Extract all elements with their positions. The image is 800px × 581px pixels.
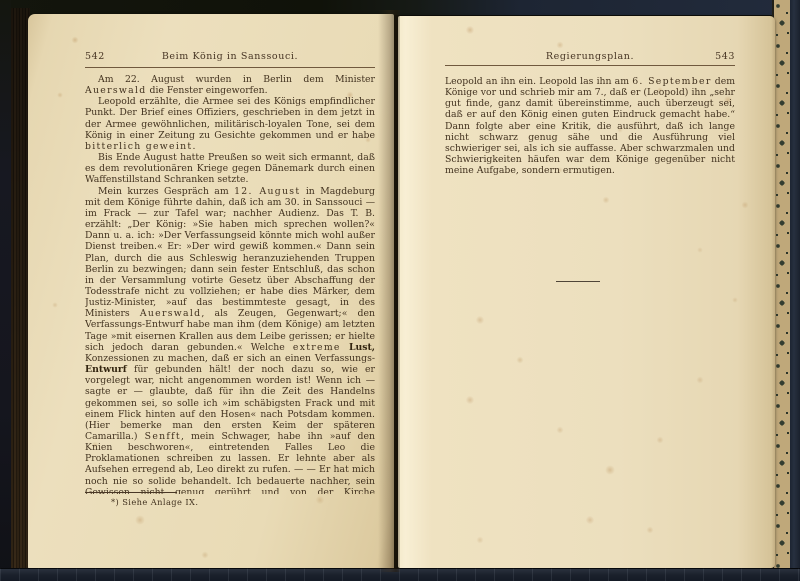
footnote: *) Siehe Anlage IX. [85,497,375,507]
paragraph: Leopold erzählte, die Armee sei des Köni… [85,96,375,152]
right-running-header: Regierungsplan. 543 [445,51,735,63]
book-spread-photo: 542 Beim König in Sanssouci. Am 22. Augu… [0,0,800,581]
left-running-header: 542 Beim König in Sanssouci. [85,51,375,63]
footnote-rule [85,492,177,493]
book-cover-bottom-edge [0,568,800,581]
left-page: 542 Beim König in Sanssouci. Am 22. Augu… [28,14,394,570]
paragraph: Bis Ende August hatte Preußen so weit si… [85,152,375,185]
decorated-endpaper-edge [772,0,792,581]
book-cover-left-edge [0,0,11,581]
paragraph: Mein kurzes Gespräch am 12. August in Ma… [85,186,375,494]
section-divider [556,281,600,282]
right-page: Regierungsplan. 543 Leopold an ihn ein. … [398,16,775,568]
left-header-rule [85,67,375,68]
right-header-title: Regierungsplan. [445,51,735,62]
left-header-title: Beim König in Sanssouci. [85,51,375,62]
left-body-text: Am 22. August wurden in Berlin dem Minis… [85,74,375,494]
book-cover-top-edge [0,0,800,15]
paragraph: Leopold an ihn ein. Leopold las ihn am 6… [445,76,735,176]
book-cover-right-edge [790,0,800,581]
right-page-number: 543 [715,51,735,62]
right-body-text: Leopold an ihn ein. Leopold las ihn am 6… [445,76,735,276]
paragraph: Am 22. August wurden in Berlin dem Minis… [85,74,375,96]
right-header-rule [445,65,735,66]
